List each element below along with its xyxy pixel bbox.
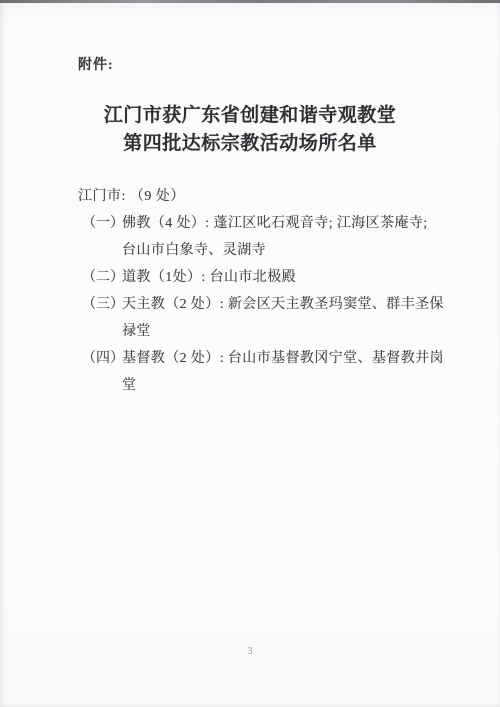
attachment-label: 附件: [78,54,114,74]
list-item-taoism: （二） 道教（1处）: 台山市北极殿 [82,264,464,291]
item-line: 禄堂 [122,318,464,345]
item-marker: （二） [82,264,122,291]
page-number: 3 [0,646,500,657]
document-title: 江门市获广东省创建和谐寺观教堂 第四批达标宗教活动场所名单 [0,102,500,158]
list-item-catholicism: （三） 天主教（2 处）: 新会区天主教圣玛窦堂、群丰圣保 禄堂 [82,291,464,345]
document-body: 江门市: （9 处） （一） 佛教（4 处）: 蓬江区叱石观音寺; 江海区茶庵寺… [78,183,464,399]
item-line: 道教（1处）: 台山市北极殿 [122,264,464,291]
item-marker: （四） [82,345,122,399]
item-line: 佛教（4 处）: 蓬江区叱石观音寺; 江海区茶庵寺; [122,210,464,237]
scan-edge-artifact [0,0,500,3]
item-text: 佛教（4 处）: 蓬江区叱石观音寺; 江海区茶庵寺; 台山市白象寺、灵湖寺 [122,210,464,264]
region-count-summary: 江门市: （9 处） [78,183,464,210]
item-text: 天主教（2 处）: 新会区天主教圣玛窦堂、群丰圣保 禄堂 [122,291,464,345]
item-marker: （三） [82,291,122,345]
list-item-buddhism: （一） 佛教（4 处）: 蓬江区叱石观音寺; 江海区茶庵寺; 台山市白象寺、灵湖… [82,210,464,264]
item-line: 台山市白象寺、灵湖寺 [122,237,464,264]
title-line-1: 江门市获广东省创建和谐寺观教堂 [0,102,500,130]
scanned-document-page: 附件: 江门市获广东省创建和谐寺观教堂 第四批达标宗教活动场所名单 江门市: （… [0,0,500,707]
list-item-christianity: （四） 基督教（2 处）: 台山市基督教冈宁堂、基督教井岗 堂 [82,345,464,399]
title-line-2: 第四批达标宗教活动场所名单 [0,130,500,158]
item-marker: （一） [82,210,122,264]
item-line: 堂 [122,372,464,399]
item-line: 基督教（2 处）: 台山市基督教冈宁堂、基督教井岗 [122,345,464,372]
item-line: 天主教（2 处）: 新会区天主教圣玛窦堂、群丰圣保 [122,291,464,318]
item-text: 基督教（2 处）: 台山市基督教冈宁堂、基督教井岗 堂 [122,345,464,399]
item-text: 道教（1处）: 台山市北极殿 [122,264,464,291]
